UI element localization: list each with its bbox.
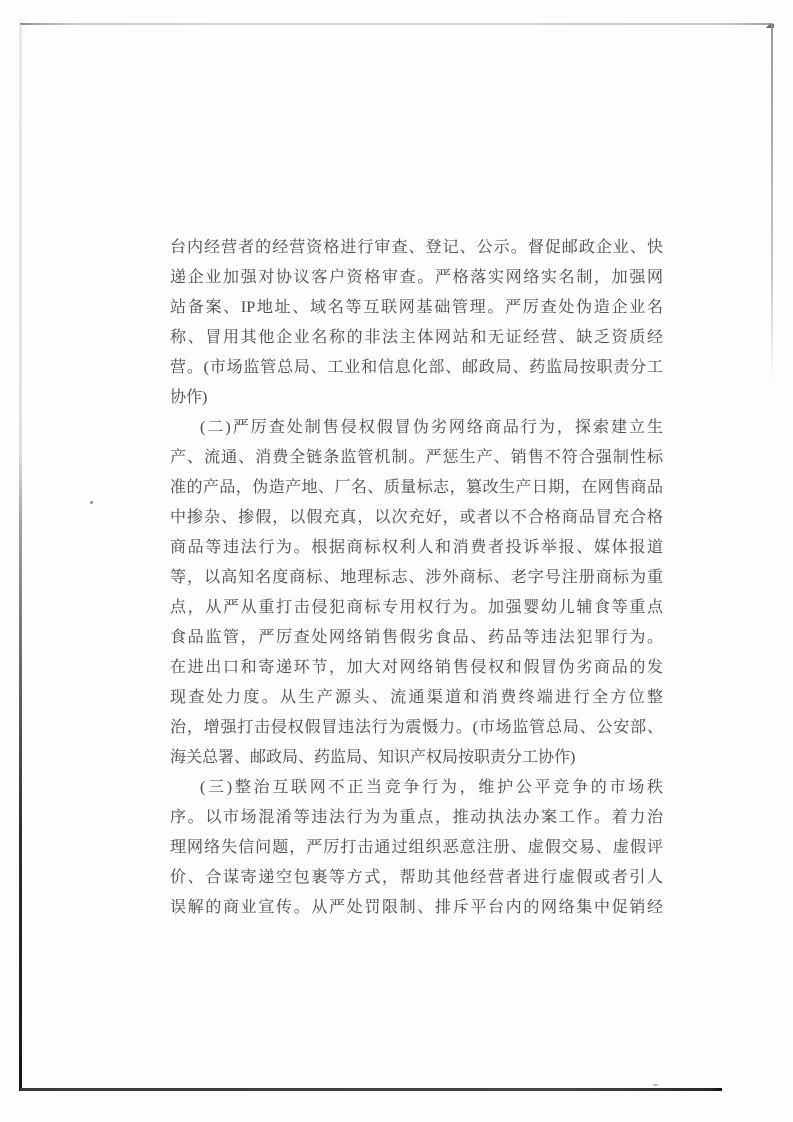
- text-line: 递企业加强对协议客户资格审查。严格落实网络实名制，加强网: [170, 263, 663, 293]
- text-line: (三)整治互联网不正当竞争行为，维护公平竞争的市场秩: [170, 773, 663, 803]
- text-line: 等，以高知名度商标、地理标志、涉外商标、老字号注册商标为重: [170, 563, 663, 593]
- text-line: 准的产品，伪造产地、厂名、质量标志，篡改生产日期，在网售商品: [170, 473, 663, 503]
- scan-edge-top: [20, 23, 773, 25]
- text-line: 现查处力度。从生产源头、流通渠道和消费终端进行全方位整: [170, 683, 663, 713]
- text-line: 序。以市场混淆等违法行为为重点，推动执法办案工作。着力治: [170, 803, 663, 833]
- text-line: 点，从严从重打击侵犯商标专用权行为。加强婴幼儿辅食等重点: [170, 593, 663, 623]
- text-line: 产、流通、消费全链条监管机制。严惩生产、销售不符合强制性标: [170, 443, 663, 473]
- text-line: (二)严厉查处制售侵权假冒伪劣网络商品行为，探索建立生: [170, 413, 663, 443]
- text-line: 误解的商业宣传。从严处罚限制、排斥平台内的网络集中促销经: [170, 893, 663, 923]
- text-line: 营。(市场监管总局、工业和信息化部、邮政局、药监局按职责分工: [170, 353, 663, 383]
- text-line: 理网络失信问题，严厉打击通过组织恶意注册、虚假交易、虚假评: [170, 833, 663, 863]
- text-line: 称、冒用其他企业名称的非法主体网站和无证经营、缺乏资质经: [170, 323, 663, 353]
- text-line: 站备案、IP地址、域名等互联网基础管理。严厉查处伪造企业名: [170, 293, 663, 323]
- scan-edge-bottom: [20, 1088, 722, 1091]
- text-line: 食品监管，严厉查处网络销售假劣食品、药品等违法犯罪行为。: [170, 623, 663, 653]
- scan-speck: [653, 1084, 658, 1086]
- scan-edge-right: [771, 24, 773, 384]
- text-line: 价、合谋寄递空包裹等方式，帮助其他经营者进行虚假或者引人: [170, 863, 663, 893]
- text-line: 治，增强打击侵权假冒违法行为震慑力。(市场监管总局、公安部、: [170, 713, 663, 743]
- scan-edge-left: [19, 24, 22, 1091]
- scanned-page: 台内经营者的经营资格进行审查、登记、公示。督促邮政企业、快递企业加强对协议客户资…: [0, 0, 793, 1122]
- text-line: 台内经营者的经营资格进行审查、登记、公示。督促邮政企业、快: [170, 233, 663, 263]
- document-text-block: 台内经营者的经营资格进行审查、登记、公示。督促邮政企业、快递企业加强对协议客户资…: [170, 233, 663, 923]
- scan-speck: [90, 501, 93, 504]
- text-line: 海关总署、邮政局、药监局、知识产权局按职责分工协作): [170, 743, 663, 773]
- text-line: 商品等违法行为。根据商标权利人和消费者投诉举报、媒体报道: [170, 533, 663, 563]
- text-line: 在进出口和寄递环节，加大对网络销售侵权和假冒伪劣商品的发: [170, 653, 663, 683]
- text-line: 协作): [170, 383, 663, 413]
- text-line: 中掺杂、掺假，以假充真，以次充好，或者以不合格商品冒充合格: [170, 503, 663, 533]
